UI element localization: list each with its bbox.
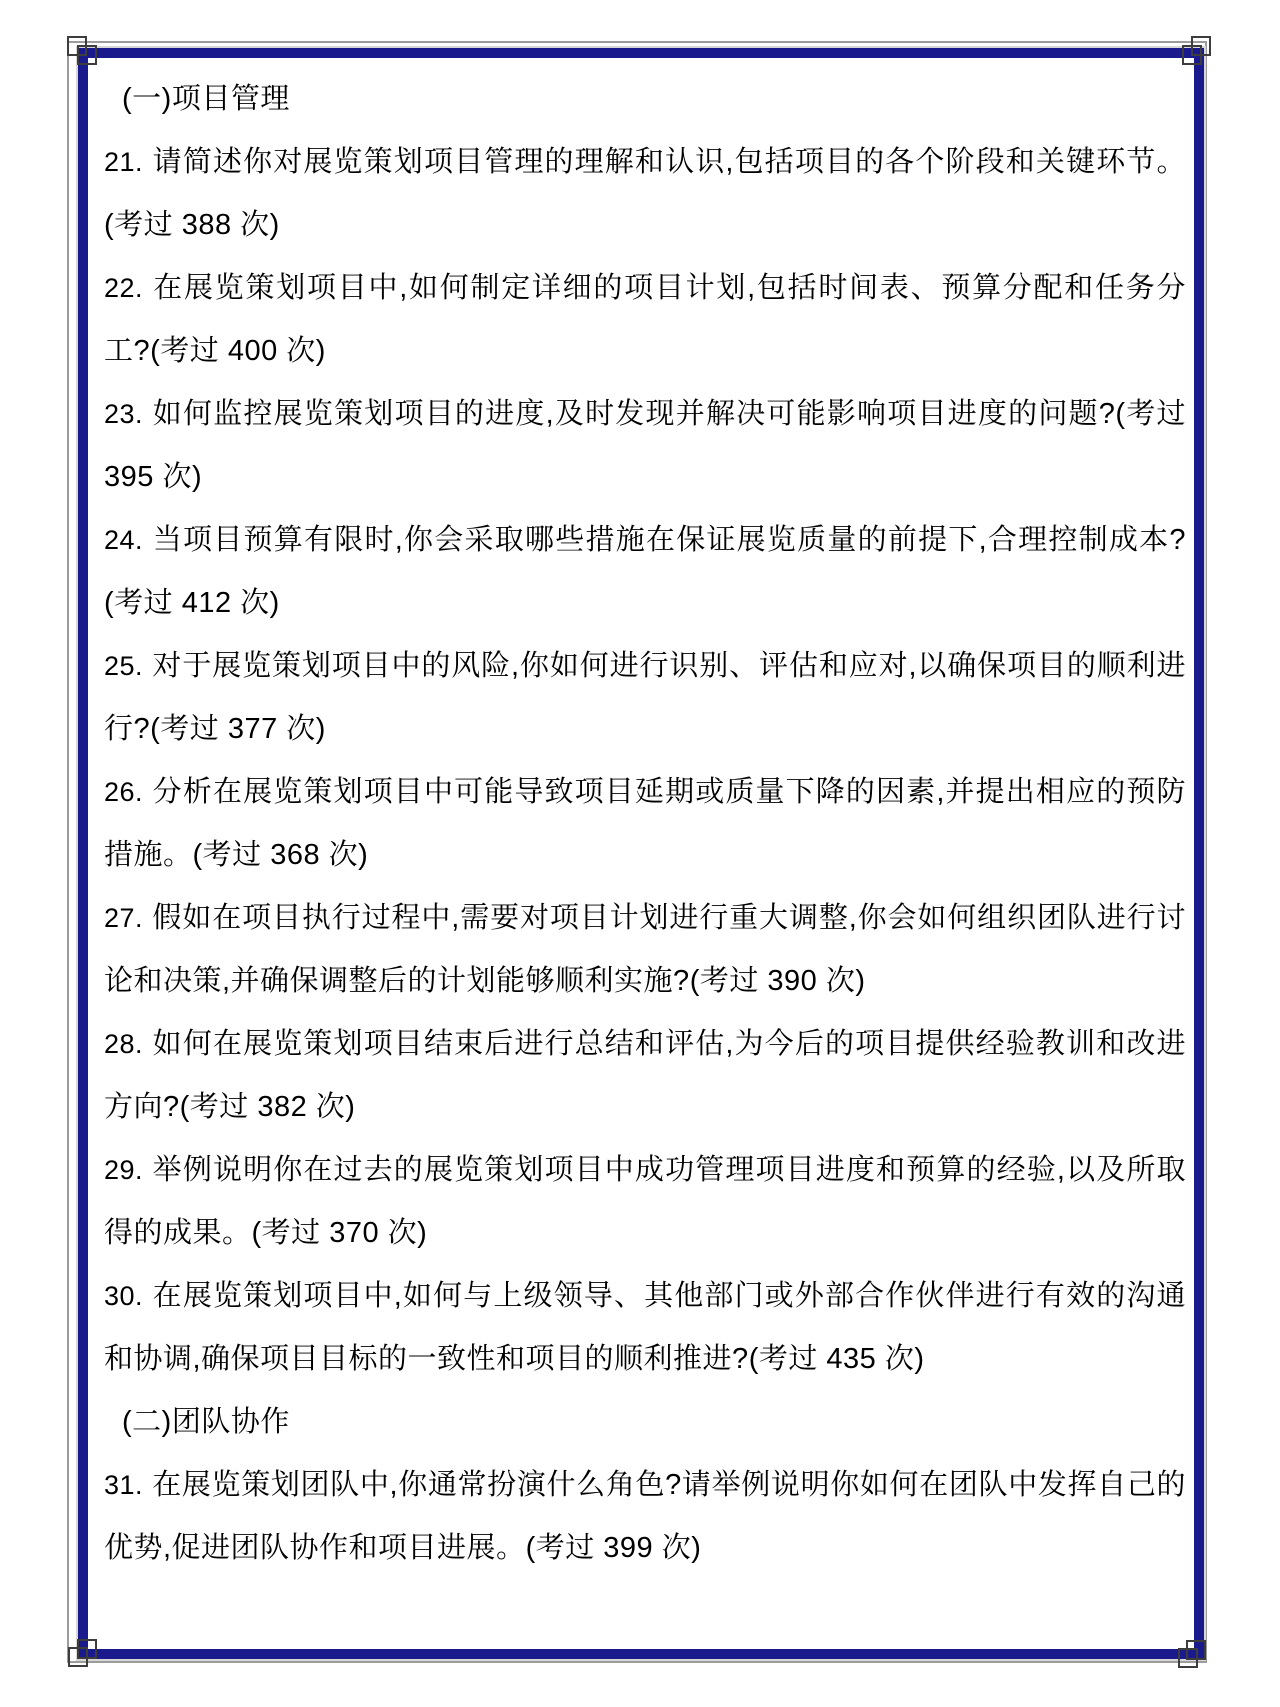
question-count: (考过 412 次) (104, 587, 280, 619)
question-item: 30.在展览策划项目中,如何与上级领导、其他部门或外部合作伙伴进行有效的沟通和协… (104, 1265, 1186, 1391)
question-number: 24. (104, 525, 152, 555)
question-text: 假如在项目执行过程中,需要对项目计划进行重大调整,你会如何组织团队进行讨论和决策… (104, 902, 1186, 997)
section-heading: (一)项目管理 (104, 68, 1186, 131)
question-item: 22.在展览策划项目中,如何制定详细的项目计划,包括时间表、预算分配和任务分工?… (104, 257, 1186, 383)
question-number: 29. (104, 1155, 152, 1185)
question-text: 当项目预算有限时,你会采取哪些措施在保证展览质量的前提下,合理控制成本? (152, 524, 1186, 556)
corner-ornament-bottom-right-square (1178, 1648, 1198, 1668)
question-item: 31.在展览策划团队中,你通常扮演什么角色?请举例说明你如何在团队中发挥自己的优… (104, 1454, 1186, 1580)
question-text: 在展览策划项目中,如何与上级领导、其他部门或外部合作伙伴进行有效的沟通和协调,确… (104, 1280, 1186, 1375)
question-number: 28. (104, 1029, 152, 1059)
question-item: 27.假如在项目执行过程中,需要对项目计划进行重大调整,你会如何组织团队进行讨论… (104, 887, 1186, 1013)
question-item: 29.举例说明你在过去的展览策划项目中成功管理项目进度和预算的经验,以及所取得的… (104, 1139, 1186, 1265)
section-heading: (二)团队协作 (104, 1391, 1186, 1454)
question-number: 25. (104, 651, 152, 681)
question-count: (考过 399 次) (526, 1532, 702, 1564)
question-text: 请简述你对展览策划项目管理的理解和认识,包括项目的各个阶段和关键环节。 (152, 146, 1186, 178)
question-count: (考过 368 次) (193, 839, 369, 871)
question-list: (一)项目管理21.请简述你对展览策划项目管理的理解和认识,包括项目的各个阶段和… (90, 58, 1194, 1580)
question-number: 27. (104, 903, 152, 933)
question-number: 26. (104, 777, 152, 807)
question-count: (考过 390 次) (690, 965, 866, 997)
question-item: 24.当项目预算有限时,你会采取哪些措施在保证展览质量的前提下,合理控制成本?(… (104, 509, 1186, 635)
question-count: (考过 435 次) (749, 1343, 925, 1375)
question-number: 23. (104, 399, 152, 429)
question-count: (考过 382 次) (180, 1091, 356, 1123)
question-number: 30. (104, 1281, 152, 1311)
question-item: 23.如何监控展览策划项目的进度,及时发现并解决可能影响项目进度的问题?(考过 … (104, 383, 1186, 509)
question-item: 26.分析在展览策划项目中可能导致项目延期或质量下降的因素,并提出相应的预防措施… (104, 761, 1186, 887)
question-number: 31. (104, 1470, 152, 1500)
question-item: 21.请简述你对展览策划项目管理的理解和认识,包括项目的各个阶段和关键环节。(考… (104, 131, 1186, 257)
question-count: (考过 400 次) (150, 335, 326, 367)
question-item: 28.如何在展览策划项目结束后进行总结和评估,为今后的项目提供经验教训和改进方向… (104, 1013, 1186, 1139)
question-item: 25.对于展览策划项目中的风险,你如何进行识别、评估和应对,以确保项目的顺利进行… (104, 635, 1186, 761)
question-count: (考过 388 次) (104, 209, 280, 241)
question-number: 22. (104, 273, 152, 303)
corner-ornament-bottom-left-square (68, 1647, 88, 1667)
question-count: (考过 370 次) (252, 1217, 428, 1249)
question-number: 21. (104, 147, 152, 177)
page: { "theme": { "frame-blue": "#1a1a8c", "l… (0, 0, 1280, 1707)
question-count: (考过 377 次) (150, 713, 326, 745)
question-text: 如何监控展览策划项目的进度,及时发现并解决可能影响项目进度的问题? (152, 398, 1115, 430)
